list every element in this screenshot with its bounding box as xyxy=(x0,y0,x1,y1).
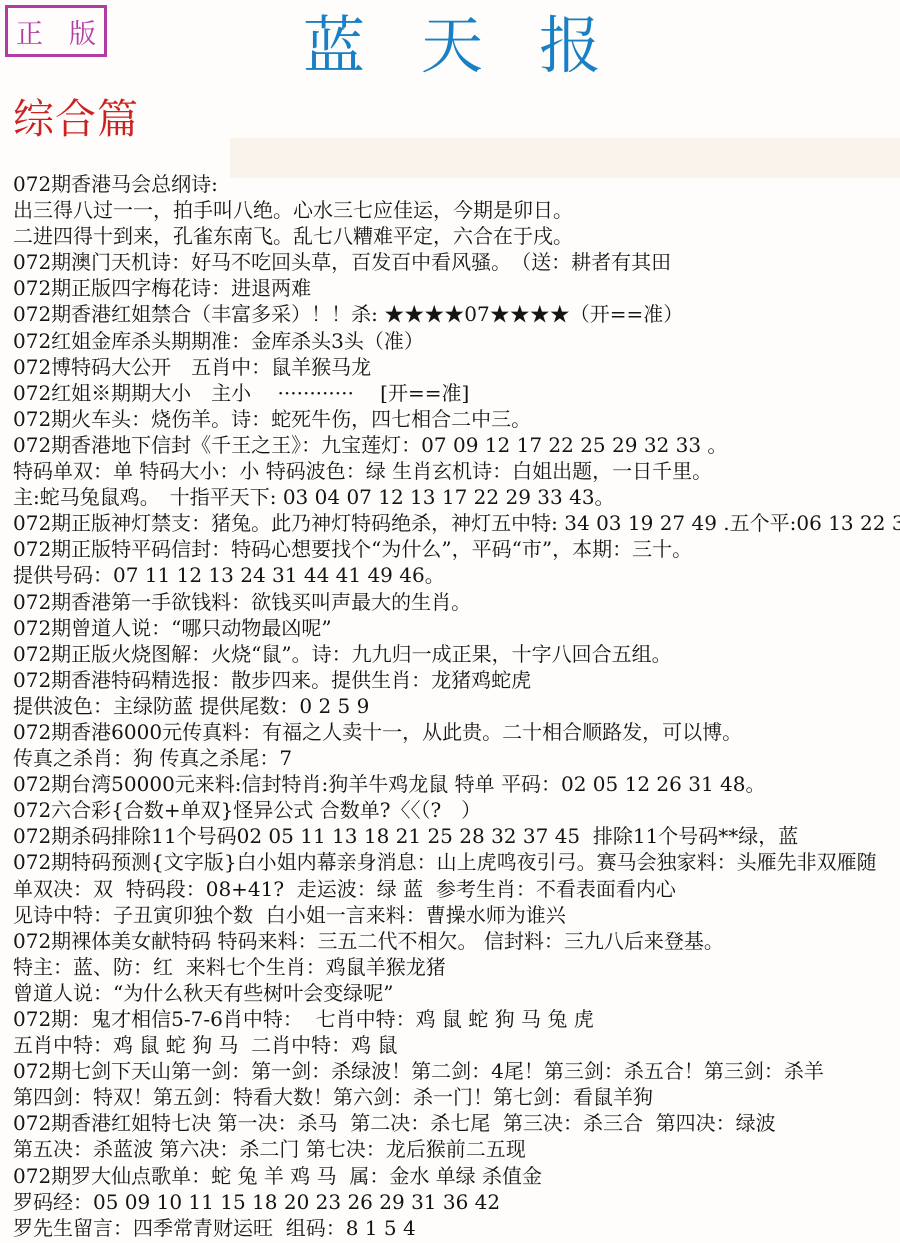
text-line: 见诗中特：子丑寅卯独个数 白小姐一言来料：曹操水师为谁兴 xyxy=(13,902,900,928)
text-line: 072期正版四字梅花诗：进退两难 xyxy=(13,275,900,301)
text-line: 第五决：杀蓝波 第六决：杀二门 第七决：龙后猴前二五现 xyxy=(13,1136,900,1162)
text-line: 072期罗大仙点歌单：蛇 兔 羊 鸡 马 属：金水 单绿 杀值金 xyxy=(13,1163,900,1189)
text-line: 072期香港第一手欲钱料：欲钱买叫声最大的生肖。 xyxy=(13,589,900,615)
authenticity-badge-label: 正版 xyxy=(16,12,122,51)
text-line: 072期曾道人说：“哪只动物最凶呢” xyxy=(13,615,900,641)
text-line: 主:蛇马兔鼠鸡。 十指平天下: 03 04 07 12 13 17 22 29 … xyxy=(13,484,900,510)
section-title: 综合篇 xyxy=(13,86,139,145)
text-line: 072期火车头：烧伤羊。诗：蛇死牛伤，四七相合二中三。 xyxy=(13,406,900,432)
text-line: 072期正版火烧图解：火烧“鼠”。诗：九九归一成正果，十字八回合五组。 xyxy=(13,641,900,667)
text-line: 特主：蓝、防：红 来料七个生肖：鸡鼠羊猴龙猪 xyxy=(13,954,900,980)
text-line: 072期台湾50000元来料:信封特肖:狗羊牛鸡龙鼠 特单 平码：02 05 1… xyxy=(13,771,900,797)
text-line: 072博特码大公开 五肖中：鼠羊猴马龙 xyxy=(13,354,900,380)
text-line: 罗码经：05 09 10 11 15 18 20 23 26 29 31 36 … xyxy=(13,1189,900,1215)
text-line: 072红姐※期期大小 主小 ············ [开==准] xyxy=(13,380,900,406)
text-line: 提供号码：07 11 12 13 24 31 44 41 49 46。 xyxy=(13,562,900,588)
text-line: 072期正版特平码信封：特码心想要找个“为什么”，平码“市”，本期：三十。 xyxy=(13,536,900,562)
text-line: 第四剑：特双！第五剑：特看大数！第六剑：杀一门！第七剑：看鼠羊狗 xyxy=(13,1084,900,1110)
newspaper-title: 蓝天报 xyxy=(303,12,657,80)
text-line: 特码单双：单 特码大小：小 特码波色：绿 生肖玄机诗：白姐出题，一日千里。 xyxy=(13,458,900,484)
text-line: 曾道人说：“为什么秋天有些树叶会变绿呢” xyxy=(13,980,900,1006)
text-line: 072期：鬼才相信5-7-6肖中特： 七肖中特：鸡 鼠 蛇 狗 马 兔 虎 xyxy=(13,1006,900,1032)
text-line: 072期杀码排除11个号码02 05 11 13 18 21 25 28 32 … xyxy=(13,823,900,849)
text-line: 单双决：双 特码段：08+41? 走运波：绿 蓝 参考生肖：不看表面看内心 xyxy=(13,876,900,902)
text-line: 罗先生留言：四季常青财运旺 组码：8 1 5 4 xyxy=(13,1215,900,1241)
text-line: 072期香港6000元传真料：有福之人卖十一，从此贵。二十相合顺路发，可以博。 xyxy=(13,719,900,745)
text-line: 072六合彩{合数+单双}怪异公式 合数单?〈〈（? ） xyxy=(13,797,900,823)
text-line: 072期特码预测{文字版}白小姐内幕亲身消息：山上虎鸣夜引弓。赛马会独家料：头雁… xyxy=(13,849,900,875)
text-line: 传真之杀肖：狗 传真之杀尾：7 xyxy=(13,745,900,771)
text-line: 提供波色：主绿防蓝 提供尾数：0 2 5 9 xyxy=(13,693,900,719)
text-line: 072期香港红姐特七决 第一决：杀马 第二决：杀七尾 第三决：杀三合 第四决：绿… xyxy=(13,1110,900,1136)
text-line: 072期澳门天机诗：好马不吃回头草，百发百中看风骚。 （送：耕者有其田 xyxy=(13,249,900,275)
content-lines: 072期香港马会总纲诗:出三得八过一一，拍手叫八绝。心水三七应佳运，今期是卯日。… xyxy=(13,171,900,1241)
text-line: 072期香港特码精选报：散步四来。提供生肖：龙猪鸡蛇虎 xyxy=(13,667,900,693)
text-line: 072期裸体美女献特码 特码来料：三五二代不相欠。 信封料：三九八后来登基。 xyxy=(13,928,900,954)
text-line: 二进四得十到来，孔雀东南飞。乱七八糟难平定，六合在于戌。 xyxy=(13,223,900,249)
text-line: 072期正版神灯禁支：猪兔。此乃神灯特码绝杀，神灯五中特: 34 03 19 2… xyxy=(13,510,900,536)
text-line: 五肖中特：鸡 鼠 蛇 狗 马 二肖中特：鸡 鼠 xyxy=(13,1032,900,1058)
text-line: 072期香港马会总纲诗: xyxy=(13,171,900,197)
text-line: 出三得八过一一，拍手叫八绝。心水三七应佳运，今期是卯日。 xyxy=(13,197,900,223)
authenticity-badge: 正版 xyxy=(5,5,107,57)
text-line: 072红姐金库杀头期期准：金库杀头3头（准） xyxy=(13,328,900,354)
text-line: 072期七剑下天山第一剑：第一剑：杀绿波！第二剑：4尾！第三剑：杀五合！第三剑：… xyxy=(13,1058,900,1084)
text-line: 072期香港地下信封《千王之王》：九宝莲灯：07 09 12 17 22 25 … xyxy=(13,432,900,458)
text-line: 072期香港红姐禁合（丰富多采）！！杀: ★★★★07★★★★（开==准） xyxy=(13,301,900,327)
